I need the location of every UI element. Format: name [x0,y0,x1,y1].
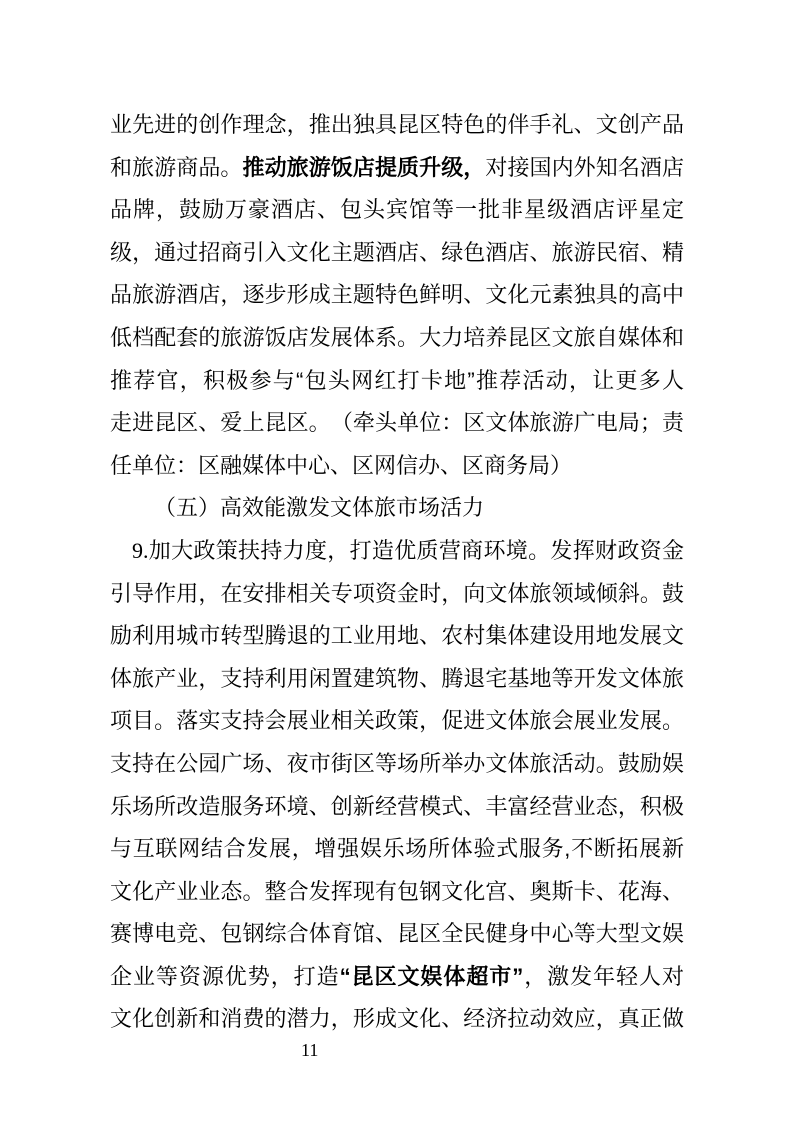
text-segment: 文化创新和消费的潜力，形成文化、经济拉动效应，真正做 [110,1006,684,1031]
document-body: 业先进的创作理念，推出独具昆区特色的伴手礼、文创产品 和旅游商品。推动旅游饭店提… [110,104,684,1041]
page-number: 11 [301,1040,318,1060]
text-line: 赛博电竞、包钢综合体育馆、昆区全民健身中心等大型文娱 [110,913,684,956]
text-segment: 励利用城市转型腾退的工业用地、农村集体建设用地发展文 [110,623,684,648]
text-line: 文化创新和消费的潜力，形成文化、经济拉动效应，真正做 [110,998,684,1041]
text-line: 走进昆区、爱上昆区。 （牵头单位：区文体旅游广电局；责 [110,402,684,445]
text-line: 级，通过招商引入文化主题酒店、绿色酒店、旅游民宿、精 [110,232,684,275]
text-segment: 赛博电竞、包钢综合体育馆、昆区全民健身中心等大型文娱 [110,921,684,946]
text-line: 引导作用，在安排相关专项资金时，向文体旅领域倾斜。鼓 [110,573,684,616]
text-segment: 和旅游商品。 [110,155,242,180]
text-line: 体旅产业，支持利用闲置建筑物、腾退宅基地等开发文体旅 [110,658,684,701]
text-segment: 走进昆区、爱上昆区。 （牵头单位：区文体旅游广电局；责 [110,410,684,435]
text-line: 乐场所改造服务环境、创新经营模式、丰富经营业态，积极 [110,786,684,829]
text-line: 支持在公园广场、夜市街区等场所举办文体旅活动。鼓励娱 [110,743,684,786]
text-line: 企业等资源优势，打造“昆区文娱体超市”，激发年轻人对 [110,956,684,999]
text-segment: 低档配套的旅游饭店发展体系。大力培养昆区文旅自媒体和 [110,325,684,350]
text-line: 9.加大政策扶持力度，打造优质营商环境。发挥财政资金 [110,530,684,573]
text-line: 任单位：区融媒体中心、区网信办、区商务局） [110,445,684,488]
section-heading-text: （五）高效能激发文体旅市场活力 [154,495,484,520]
text-segment: 任单位：区融媒体中心、区网信办、区商务局） [110,453,572,478]
text-segment: 级，通过招商引入文化主题酒店、绿色酒店、旅游民宿、精 [110,240,684,265]
text-line: 推荐官，积极参与“包头网红打卡地”推荐活动，让更多人 [110,360,684,403]
text-line: 与互联网结合发展，增强娱乐场所体验式服务,不断拓展新型 [110,828,684,871]
item-number: 9. [132,538,149,563]
text-segment: 与互联网结合发展，增强娱乐场所体验式服务,不断拓展新型 [110,836,684,871]
text-segment: 体旅产业，支持利用闲置建筑物、腾退宅基地等开发文体旅 [110,666,684,691]
text-segment: 文化产业业态。整合发挥现有包钢文化宫、奥斯卡、花海、 [110,879,684,904]
text-segment: 项目。落实支持会展业相关政策，促进文体旅会展业发展。 [110,708,684,733]
text-line: 品牌，鼓励万豪酒店、包头宾馆等一批非星级酒店评星定 [110,189,684,232]
text-segment: 加大政策扶持力度，打造优质营商环境。发挥财政资金 [149,538,685,563]
text-segment: 对接国内外知名酒店 [485,155,684,180]
text-line: 和旅游商品。推动旅游饭店提质升级，对接国内外知名酒店 [110,147,684,190]
text-line: 低档配套的旅游饭店发展体系。大力培养昆区文旅自媒体和 [110,317,684,360]
section-heading: （五）高效能激发文体旅市场活力 [110,487,684,530]
text-segment: 支持在公园广场、夜市街区等场所举办文体旅活动。鼓励娱 [110,751,684,776]
text-segment: 品牌，鼓励万豪酒店、包头宾馆等一批非星级酒店评星定 [110,197,684,222]
text-line: 项目。落实支持会展业相关政策，促进文体旅会展业发展。 [110,700,684,743]
text-segment: 业先进的创作理念，推出独具昆区特色的伴手礼、文创产品 [110,112,684,137]
bold-phrase: 推动旅游饭店提质升级， [242,155,485,180]
text-segment: 品旅游酒店，逐步形成主题特色鲜明、文化元素独具的高中 [110,282,684,307]
text-segment: 推荐官，积极参与“包头网红打卡地”推荐活动，让更多人 [110,368,684,393]
text-line: 励利用城市转型腾退的工业用地、农村集体建设用地发展文 [110,615,684,658]
bold-phrase: “昆区文娱体超市” [340,964,524,989]
text-line: 文化产业业态。整合发挥现有包钢文化宫、奥斯卡、花海、 [110,871,684,914]
text-segment: 企业等资源优势，打造 [110,964,340,989]
text-segment: 引导作用，在安排相关专项资金时，向文体旅领域倾斜。鼓 [110,581,684,606]
text-line: 业先进的创作理念，推出独具昆区特色的伴手礼、文创产品 [110,104,684,147]
text-segment: 乐场所改造服务环境、创新经营模式、丰富经营业态，积极 [110,794,684,819]
text-segment: ，激发年轻人对 [523,964,684,989]
text-line: 品旅游酒店，逐步形成主题特色鲜明、文化元素独具的高中 [110,274,684,317]
